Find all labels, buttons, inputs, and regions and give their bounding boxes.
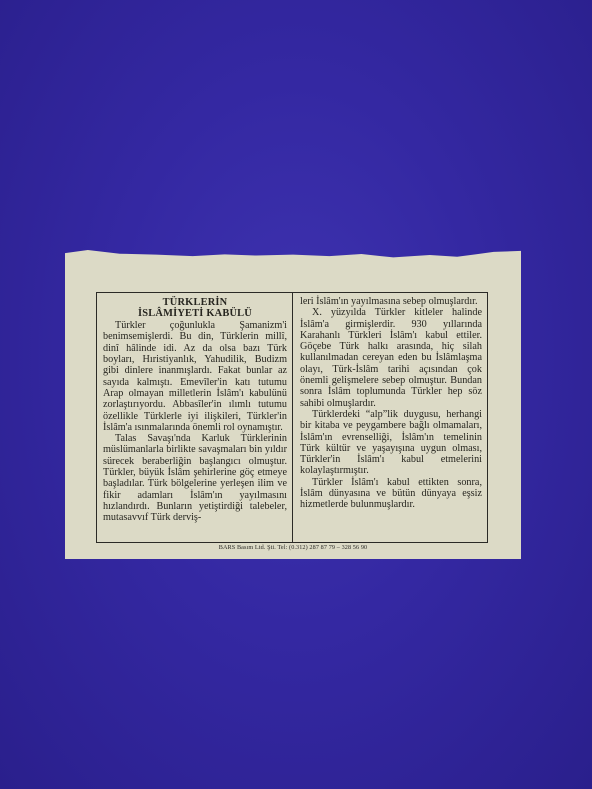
left-column: TÜRKLERİN İSLÂMİYETİ KABÜLÜ Türkler çoğu… — [97, 293, 293, 542]
article-box: TÜRKLERİN İSLÂMİYETİ KABÜLÜ Türkler çoğu… — [96, 292, 488, 543]
paragraph: Talas Savaşı'nda Karluk Türklerinin müsl… — [103, 433, 287, 523]
right-column: leri İslâm'ın yayılmasına sebep olmuşlar… — [293, 293, 487, 542]
title-line-1: TÜRKLERİN — [103, 298, 287, 309]
paragraph: Türklerdeki “alp”lik duygusu, herhangi b… — [300, 409, 482, 477]
paragraph: Türkler çoğunlukla Şamanizm'i benimsemiş… — [103, 320, 287, 433]
paragraph-continuation: leri İslâm'ın yayılmasına sebep olmuşlar… — [300, 296, 482, 307]
paper-card: TÜRKLERİN İSLÂMİYETİ KABÜLÜ Türkler çoğu… — [65, 250, 521, 559]
paragraph: X. yüzyılda Türkler kitleler halinde İsl… — [300, 307, 482, 409]
publisher-footer: BARS Basım Ltd. Şti. Tel: (0.312) 287 87… — [65, 544, 521, 551]
article-title: TÜRKLERİN İSLÂMİYETİ KABÜLÜ — [103, 298, 287, 319]
paragraph: Türkler İslâm'ı kabul ettikten sonra, İs… — [300, 477, 482, 511]
title-line-2: İSLÂMİYETİ KABÜLÜ — [103, 309, 287, 320]
